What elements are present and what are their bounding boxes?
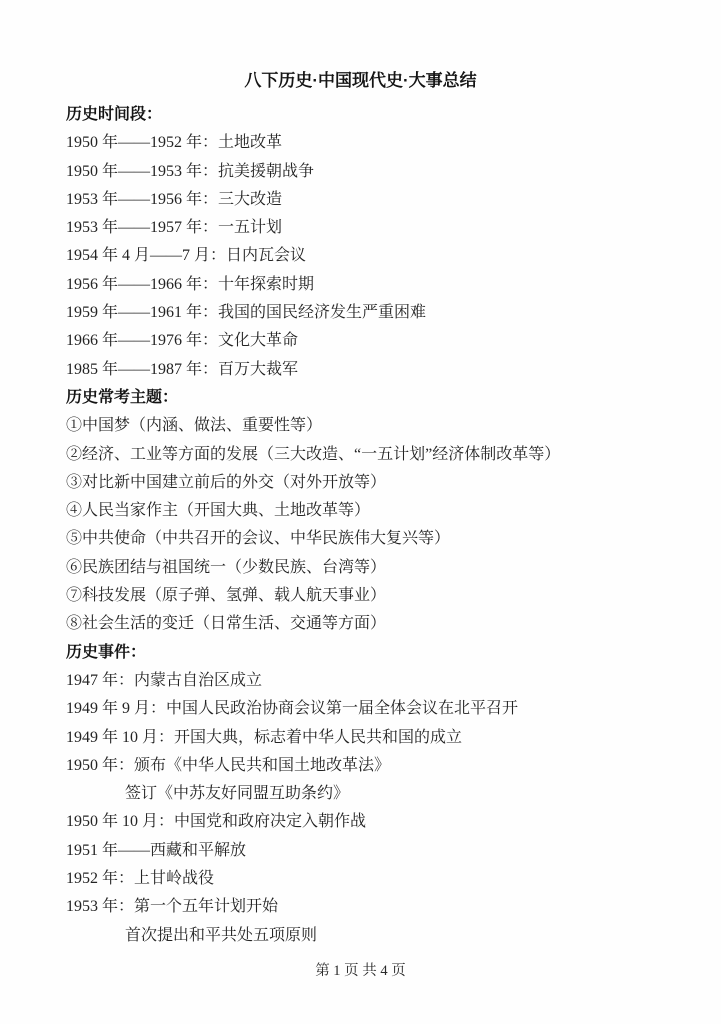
topic-entry: ④人民当家作主（开国大典、土地改革等） <box>66 497 685 525</box>
timeline-entry: 1953 年——1956 年：三大改造 <box>66 186 685 214</box>
timeline-entry: 1966 年——1976 年：文化大革命 <box>66 327 685 355</box>
event-entry-continuation: 签订《中苏友好同盟互助条约》 <box>66 780 685 808</box>
section-heading-events: 历史事件： <box>66 639 685 667</box>
topic-entry: ⑥民族团结与祖国统一（少数民族、台湾等） <box>66 554 685 582</box>
page-number: 第 1 页 共 4 页 <box>0 961 721 981</box>
event-entry: 1950 年 10 月：中国党和政府决定入朝作战 <box>66 808 685 836</box>
topic-entry: ③对比新中国建立前后的外交（对外开放等） <box>66 469 685 497</box>
document-body: 历史时间段： 1950 年——1952 年：土地改革 1950 年——1953 … <box>0 101 721 950</box>
event-entry: 1952 年：上甘岭战役 <box>66 865 685 893</box>
event-entry: 1947 年：内蒙古自治区成立 <box>66 667 685 695</box>
event-entry: 1953 年：第一个五年计划开始 <box>66 893 685 921</box>
topic-entry: ①中国梦（内涵、做法、重要性等） <box>66 412 685 440</box>
event-entry: 1949 年 9 月：中国人民政治协商会议第一届全体会议在北平召开 <box>66 695 685 723</box>
section-heading-exam-topics: 历史常考主题： <box>66 384 685 412</box>
timeline-entry: 1985 年——1987 年：百万大裁军 <box>66 356 685 384</box>
topic-entry: ⑤中共使命（中共召开的会议、中华民族伟大复兴等） <box>66 525 685 553</box>
timeline-entry: 1954 年 4 月——7 月：日内瓦会议 <box>66 242 685 270</box>
event-entry-continuation: 首次提出和平共处五项原则 <box>66 922 685 950</box>
event-entry: 1951 年——西藏和平解放 <box>66 837 685 865</box>
page-title: 八下历史·中国现代史·大事总结 <box>0 0 721 93</box>
timeline-entry: 1950 年——1953 年：抗美援朝战争 <box>66 158 685 186</box>
section-heading-time-periods: 历史时间段： <box>66 101 685 129</box>
timeline-entry: 1956 年——1966 年：十年探索时期 <box>66 271 685 299</box>
timeline-entry: 1953 年——1957 年：一五计划 <box>66 214 685 242</box>
document-page: 八下历史·中国现代史·大事总结 历史时间段： 1950 年——1952 年：土地… <box>0 0 721 1024</box>
event-entry: 1949 年 10 月：开国大典，标志着中华人民共和国的成立 <box>66 724 685 752</box>
topic-entry: ②经济、工业等方面的发展（三大改造、“一五计划”经济体制改革等） <box>66 441 685 469</box>
topic-entry: ⑧社会生活的变迁（日常生活、交通等方面） <box>66 610 685 638</box>
timeline-entry: 1959 年——1961 年：我国的国民经济发生严重困难 <box>66 299 685 327</box>
timeline-entry: 1950 年——1952 年：土地改革 <box>66 129 685 157</box>
topic-entry: ⑦科技发展（原子弹、氢弹、载人航天事业） <box>66 582 685 610</box>
event-entry: 1950 年：颁布《中华人民共和国土地改革法》 <box>66 752 685 780</box>
